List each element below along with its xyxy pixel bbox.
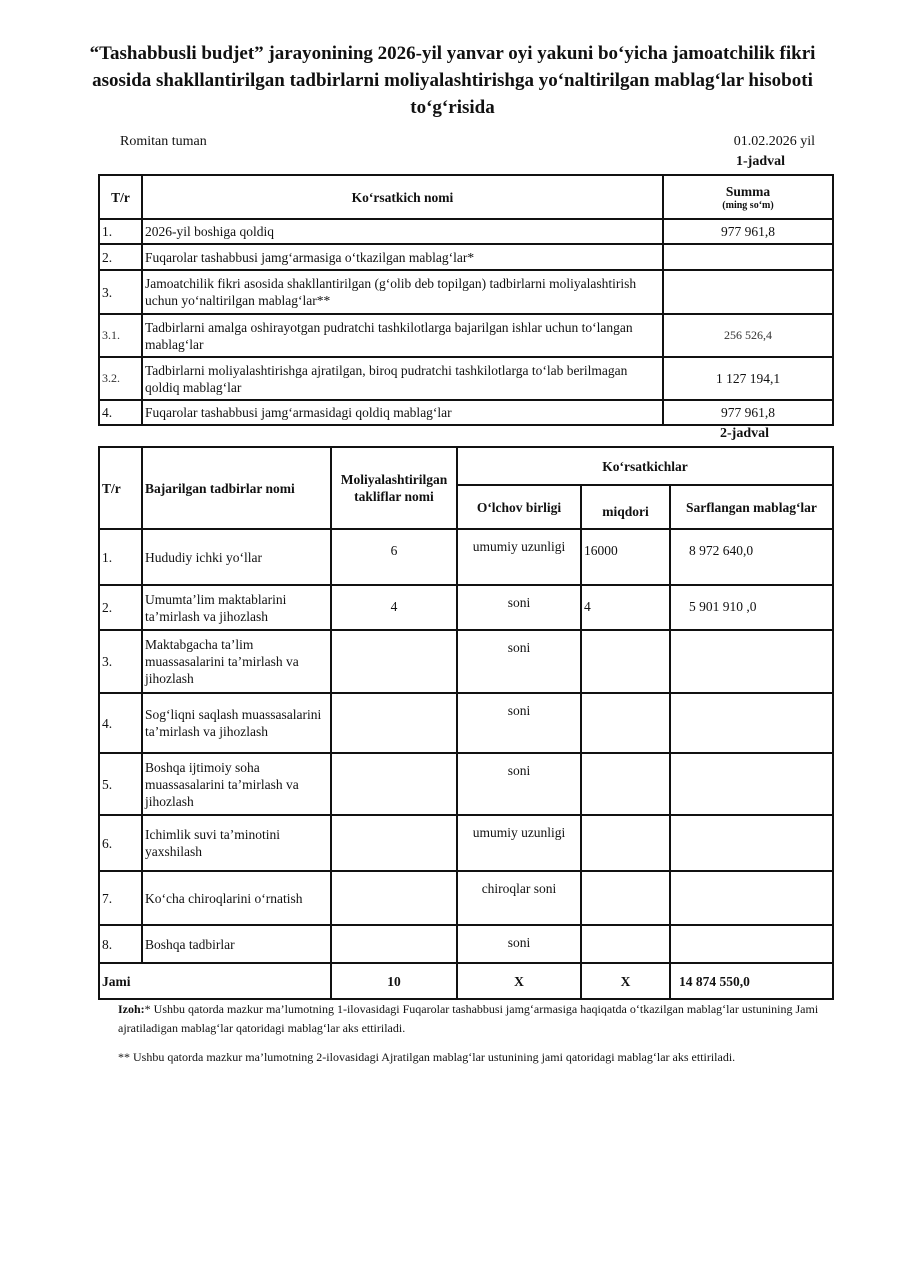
row-unit: umumiy uzunligi xyxy=(457,815,581,871)
table-row: 5.Boshqa ijtimoiy soha muassasalarini ta… xyxy=(99,753,833,815)
row-unit: soni xyxy=(457,630,581,693)
row-proposals: 4 xyxy=(331,585,457,630)
row-spent xyxy=(670,871,833,925)
row-sum: 977 961,8 xyxy=(663,219,833,244)
note-1: Izoh:* Ushbu qatorda mazkur ma’lumotning… xyxy=(118,1000,833,1038)
row-spent: 5 901 910 ,0 xyxy=(670,585,833,630)
table-row: 1. 2026-yil boshiga qoldiq 977 961,8 xyxy=(99,219,833,244)
row-activity-name: Ichimlik suvi ta’minotini yaxshilash xyxy=(142,815,331,871)
row-num: 7. xyxy=(99,871,142,925)
row-activity-name: Maktabgacha ta’lim muassasalarini ta’mir… xyxy=(142,630,331,693)
note-1-text: * Ushbu qatorda mazkur ma’lumotning 1-il… xyxy=(118,1002,818,1035)
row-num: 1. xyxy=(99,529,142,585)
table-row: 3.Maktabgacha ta’lim muassasalarini ta’m… xyxy=(99,630,833,693)
row-num: 5. xyxy=(99,753,142,815)
row-unit: umumiy uzunligi xyxy=(457,529,581,585)
table1-header-row: T/r Ko‘rsatkich nomi Summa (ming so‘m) xyxy=(99,175,833,219)
table-row: 3. Jamoatchilik fikri asosida shakllanti… xyxy=(99,270,833,314)
header-num: T/r xyxy=(99,447,142,529)
row-unit: soni xyxy=(457,925,581,963)
row-spent xyxy=(670,630,833,693)
row-num: 3. xyxy=(99,630,142,693)
row-activity-name: Hududiy ichki yo‘llar xyxy=(142,529,331,585)
row-activity-name: Umumta’lim maktablarini ta’mirlash va ji… xyxy=(142,585,331,630)
table-row: 4. Fuqarolar tashabbusi jamg‘armasidagi … xyxy=(99,400,833,425)
row-quantity xyxy=(581,871,670,925)
row-proposals xyxy=(331,871,457,925)
report-date: 01.02.2026 yil xyxy=(700,134,815,150)
row-proposals xyxy=(331,925,457,963)
header-spent: Sarflangan mablag‘lar xyxy=(670,485,833,529)
total-label: Jami xyxy=(99,963,331,999)
row-num: 3.2. xyxy=(99,357,142,400)
summary-table: T/r Ko‘rsatkich nomi Summa (ming so‘m) 1… xyxy=(98,174,834,426)
row-unit: soni xyxy=(457,753,581,815)
table-row: 1.Hududiy ichki yo‘llar6umumiy uzunligi1… xyxy=(99,529,833,585)
row-spent xyxy=(670,693,833,753)
row-activity-name: Boshqa ijtimoiy soha muassasalarini ta’m… xyxy=(142,753,331,815)
row-spent xyxy=(670,815,833,871)
row-name: Fuqarolar tashabbusi jamg‘armasidagi qol… xyxy=(142,400,663,425)
header-indicator-name: Ko‘rsatkich nomi xyxy=(142,175,663,219)
district-name: Romitan tuman xyxy=(120,134,207,150)
row-unit: soni xyxy=(457,693,581,753)
row-name: Tadbirlarni amalga oshirayotgan pudratch… xyxy=(142,314,663,357)
row-activity-name: Sog‘liqni saqlash muassasalarini ta’mirl… xyxy=(142,693,331,753)
activities-table: T/r Bajarilgan tadbirlar nomi Moliyalash… xyxy=(98,446,834,1000)
row-quantity xyxy=(581,693,670,753)
header-quantity: miqdori xyxy=(581,485,670,529)
header-activity-name: Bajarilgan tadbirlar nomi xyxy=(142,447,331,529)
note-2: ** Ushbu qatorda mazkur ma’lumotning 2-i… xyxy=(118,1048,833,1067)
row-num: 3.1. xyxy=(99,314,142,357)
row-activity-name: Boshqa tadbirlar xyxy=(142,925,331,963)
table-row: 8.Boshqa tadbirlarsoni xyxy=(99,925,833,963)
total-unit: X xyxy=(457,963,581,999)
row-spent: 8 972 640,0 xyxy=(670,529,833,585)
row-unit: soni xyxy=(457,585,581,630)
table-row: 4.Sog‘liqni saqlash muassasalarini ta’mi… xyxy=(99,693,833,753)
row-num: 2. xyxy=(99,585,142,630)
row-quantity xyxy=(581,630,670,693)
row-quantity: 4 xyxy=(581,585,670,630)
note-label: Izoh: xyxy=(118,1002,145,1016)
table-row: 7.Ko‘cha chiroqlarini o‘rnatishchiroqlar… xyxy=(99,871,833,925)
total-row: Jami 10 X X 14 874 550,0 xyxy=(99,963,833,999)
total-quantity: X xyxy=(581,963,670,999)
table1-label: 1-jadval xyxy=(700,154,785,170)
header-indicators: Ko‘rsatkichlar xyxy=(457,447,833,485)
row-name: Jamoatchilik fikri asosida shakllantiril… xyxy=(142,270,663,314)
header-sum: Summa (ming so‘m) xyxy=(663,175,833,219)
row-proposals xyxy=(331,630,457,693)
row-name: 2026-yil boshiga qoldiq xyxy=(142,219,663,244)
row-num: 3. xyxy=(99,270,142,314)
row-num: 4. xyxy=(99,693,142,753)
row-spent xyxy=(670,753,833,815)
row-num: 8. xyxy=(99,925,142,963)
table-row: 3.1. Tadbirlarni amalga oshirayotgan pud… xyxy=(99,314,833,357)
header-sum-unit: (ming so‘m) xyxy=(666,200,830,212)
row-proposals xyxy=(331,815,457,871)
table-row: 2.Umumta’lim maktablarini ta’mirlash va … xyxy=(99,585,833,630)
row-sum: 1 127 194,1 xyxy=(663,357,833,400)
row-sum xyxy=(663,270,833,314)
table-row: 2. Fuqarolar tashabbusi jamg‘armasiga o‘… xyxy=(99,244,833,270)
row-num: 2. xyxy=(99,244,142,270)
row-num: 4. xyxy=(99,400,142,425)
document-title: “Tashabbusli budjet” jarayonining 2026-y… xyxy=(60,40,845,121)
total-proposals: 10 xyxy=(331,963,457,999)
notes-section: Izoh:* Ushbu qatorda mazkur ma’lumotning… xyxy=(118,1000,833,1077)
row-name: Fuqarolar tashabbusi jamg‘armasiga o‘tka… xyxy=(142,244,663,270)
row-quantity xyxy=(581,815,670,871)
row-sum xyxy=(663,244,833,270)
row-num: 6. xyxy=(99,815,142,871)
row-sum: 977 961,8 xyxy=(663,400,833,425)
table2-label: 2-jadval xyxy=(700,426,769,442)
total-spent: 14 874 550,0 xyxy=(670,963,833,999)
row-proposals xyxy=(331,753,457,815)
row-quantity xyxy=(581,925,670,963)
row-spent xyxy=(670,925,833,963)
row-num: 1. xyxy=(99,219,142,244)
header-sum-label: Summa xyxy=(726,184,770,199)
header-num: T/r xyxy=(99,175,142,219)
row-quantity xyxy=(581,753,670,815)
table-row: 6.Ichimlik suvi ta’minotini yaxshilashum… xyxy=(99,815,833,871)
row-activity-name: Ko‘cha chiroqlarini o‘rnatish xyxy=(142,871,331,925)
header-proposals: Moliyalashtirilgan takliflar nomi xyxy=(331,447,457,529)
row-proposals: 6 xyxy=(331,529,457,585)
row-sum: 256 526,4 xyxy=(663,314,833,357)
row-name: Tadbirlarni moliyalashtirishga ajratilga… xyxy=(142,357,663,400)
row-proposals xyxy=(331,693,457,753)
row-quantity: 16000 xyxy=(581,529,670,585)
table2-header-row: T/r Bajarilgan tadbirlar nomi Moliyalash… xyxy=(99,447,833,485)
header-unit: O‘lchov birligi xyxy=(457,485,581,529)
row-unit: chiroqlar soni xyxy=(457,871,581,925)
table-row: 3.2. Tadbirlarni moliyalashtirishga ajra… xyxy=(99,357,833,400)
